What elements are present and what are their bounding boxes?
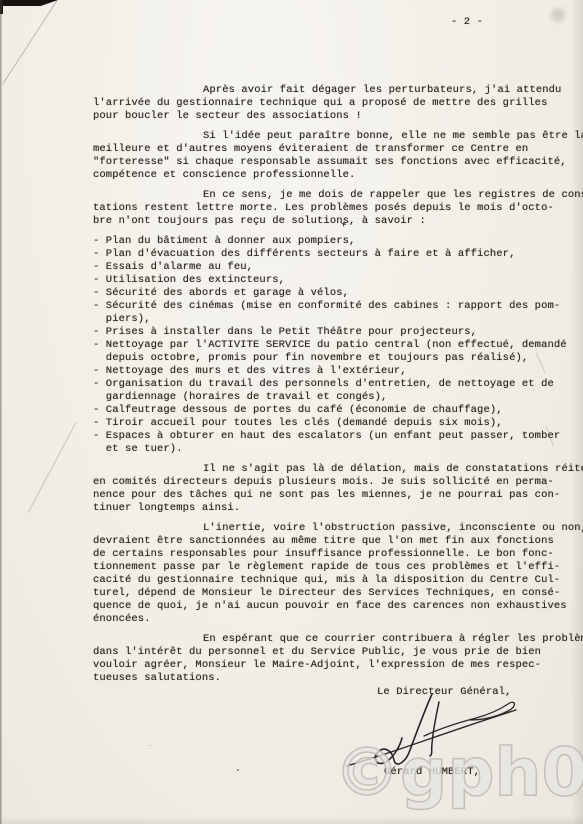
issue-item: - Tiroir accueil pour toutes les clés (d… [93,417,575,430]
scan-edge-shadow-bottom [0,816,583,824]
scan-smudge [551,8,565,22]
letter-paragraph: Si l'idée peut paraître bonne, elle ne m… [93,130,575,182]
letter-paragraph: Après avoir fait dégager les perturbateu… [93,84,575,123]
scan-edge-shadow-left [0,0,2,824]
issue-item: - Sécurité des abords et garage à vélos, [93,287,575,300]
issue-item: - Nettoyage par l'ACTIVITE SERVICE du pa… [93,339,575,365]
issue-item: - Calfeutrage dessous de portes du café … [93,404,575,417]
issue-item: - Espaces à obturer en haut des escalato… [93,430,575,456]
letter-paragraph: Il ne s'agit pas là de délation, mais de… [93,463,575,515]
issue-item: - Organisation du travail des personnels… [93,378,575,404]
scanned-letter-page: - 2 - Après avoir fait dégager les pertu… [0,0,583,824]
letter-paragraph: En espérant que ce courrier contribuera … [93,633,575,685]
issue-item: - Plan d'évacuation des différents secte… [93,248,575,261]
ink-speck [237,769,239,771]
scanner-corner-artifact [0,0,58,6]
issues-list: - Plan du bâtiment à donner aux pompiers… [93,235,575,456]
signature-handwriting [336,690,524,774]
page-number: - 2 - [451,16,483,29]
paper-crease-line [28,422,77,513]
letter-paragraph: L'inertie, voire l'obstruction passive, … [93,522,575,626]
letter-paragraph: En ce sens, je me dois de rappeler que l… [93,189,575,228]
issue-item: - Sécurité des cinémas (mise en conformi… [93,300,575,326]
paper-crease-line [2,0,57,84]
issue-item: - Utilisation des extincteurs, [93,274,575,287]
issue-item: - Plan du bâtiment à donner aux pompiers… [93,235,575,248]
issue-item: - Nettoyage des murs et des vitres à l'e… [93,365,575,378]
issue-item: - Prises à installer dans le Petit Théât… [93,326,575,339]
ink-speck [150,745,151,746]
letter-body: Après avoir fait dégager les perturbateu… [93,84,575,692]
issue-item: - Essais d'alarme au feu, [93,261,575,274]
